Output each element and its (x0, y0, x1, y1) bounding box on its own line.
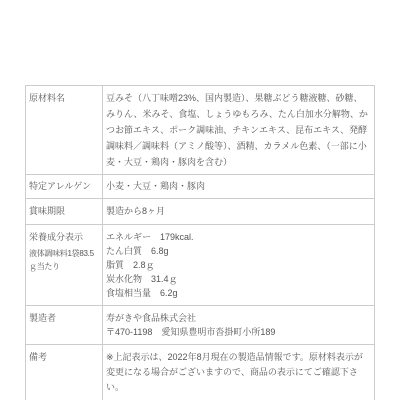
table-row-shelf-life: 賞味期限 製造から8ヶ月 (26, 199, 375, 225)
manufacturer-address: 〒470-1198 愛知県豊明市沓掛町小所189 (106, 325, 370, 339)
product-spec-table: 原材料名 豆みそ（八丁味噌23%、国内製造）、果糖ぶどう糖液糖、砂糖、みりん、米… (25, 85, 375, 400)
nutrition-fat: 脂質 2.8ｇ (106, 258, 370, 272)
shelf-life-label: 賞味期限 (26, 199, 103, 225)
nutrition-values: エネルギー 179kcal. たん白質 6.8g 脂質 2.8ｇ 炭水化物 31… (103, 225, 375, 306)
nutrition-label: 栄養成分表示 液体調味料1袋83.5ｇ当たり (26, 225, 103, 306)
nutrition-energy: エネルギー 179kcal. (106, 230, 370, 244)
allergens-value: 小麦・大豆・鶏肉・豚肉 (103, 175, 375, 199)
allergens-label: 特定アレルゲン (26, 175, 103, 199)
nutrition-carbs: 炭水化物 31.4ｇ (106, 272, 370, 286)
nutrition-label-serving: 液体調味料1袋83.5ｇ当たり (29, 247, 98, 273)
ingredients-label: 原材料名 (26, 86, 103, 175)
manufacturer-label: 製造者 (26, 306, 103, 345)
nutrition-label-title: 栄養成分表示 (29, 232, 83, 242)
table-row-allergens: 特定アレルゲン 小麦・大豆・鶏肉・豚肉 (26, 175, 375, 199)
nutrition-salt: 食塩相当量 6.2g (106, 286, 370, 300)
shelf-life-value: 製造から8ヶ月 (103, 199, 375, 225)
nutrition-protein: たん白質 6.8g (106, 244, 370, 258)
ingredients-value: 豆みそ（八丁味噌23%、国内製造）、果糖ぶどう糖液糖、砂糖、みりん、米みそ、食塩… (103, 86, 375, 175)
remarks-value: ※上記表示は、2022年8月現在の製造品情報です。原材料表示が変更になる場合がご… (103, 345, 375, 400)
table-row-manufacturer: 製造者 寿がきや食品株式会社 〒470-1198 愛知県豊明市沓掛町小所189 (26, 306, 375, 345)
remarks-label: 備考 (26, 345, 103, 400)
table-row-nutrition: 栄養成分表示 液体調味料1袋83.5ｇ当たり エネルギー 179kcal. たん… (26, 225, 375, 306)
table-row-remarks: 備考 ※上記表示は、2022年8月現在の製造品情報です。原材料表示が変更になる場… (26, 345, 375, 400)
manufacturer-value: 寿がきや食品株式会社 〒470-1198 愛知県豊明市沓掛町小所189 (103, 306, 375, 345)
table-row-ingredients: 原材料名 豆みそ（八丁味噌23%、国内製造）、果糖ぶどう糖液糖、砂糖、みりん、米… (26, 86, 375, 175)
manufacturer-name: 寿がきや食品株式会社 (106, 311, 370, 325)
product-spec-page: 原材料名 豆みそ（八丁味噌23%、国内製造）、果糖ぶどう糖液糖、砂糖、みりん、米… (0, 0, 400, 400)
